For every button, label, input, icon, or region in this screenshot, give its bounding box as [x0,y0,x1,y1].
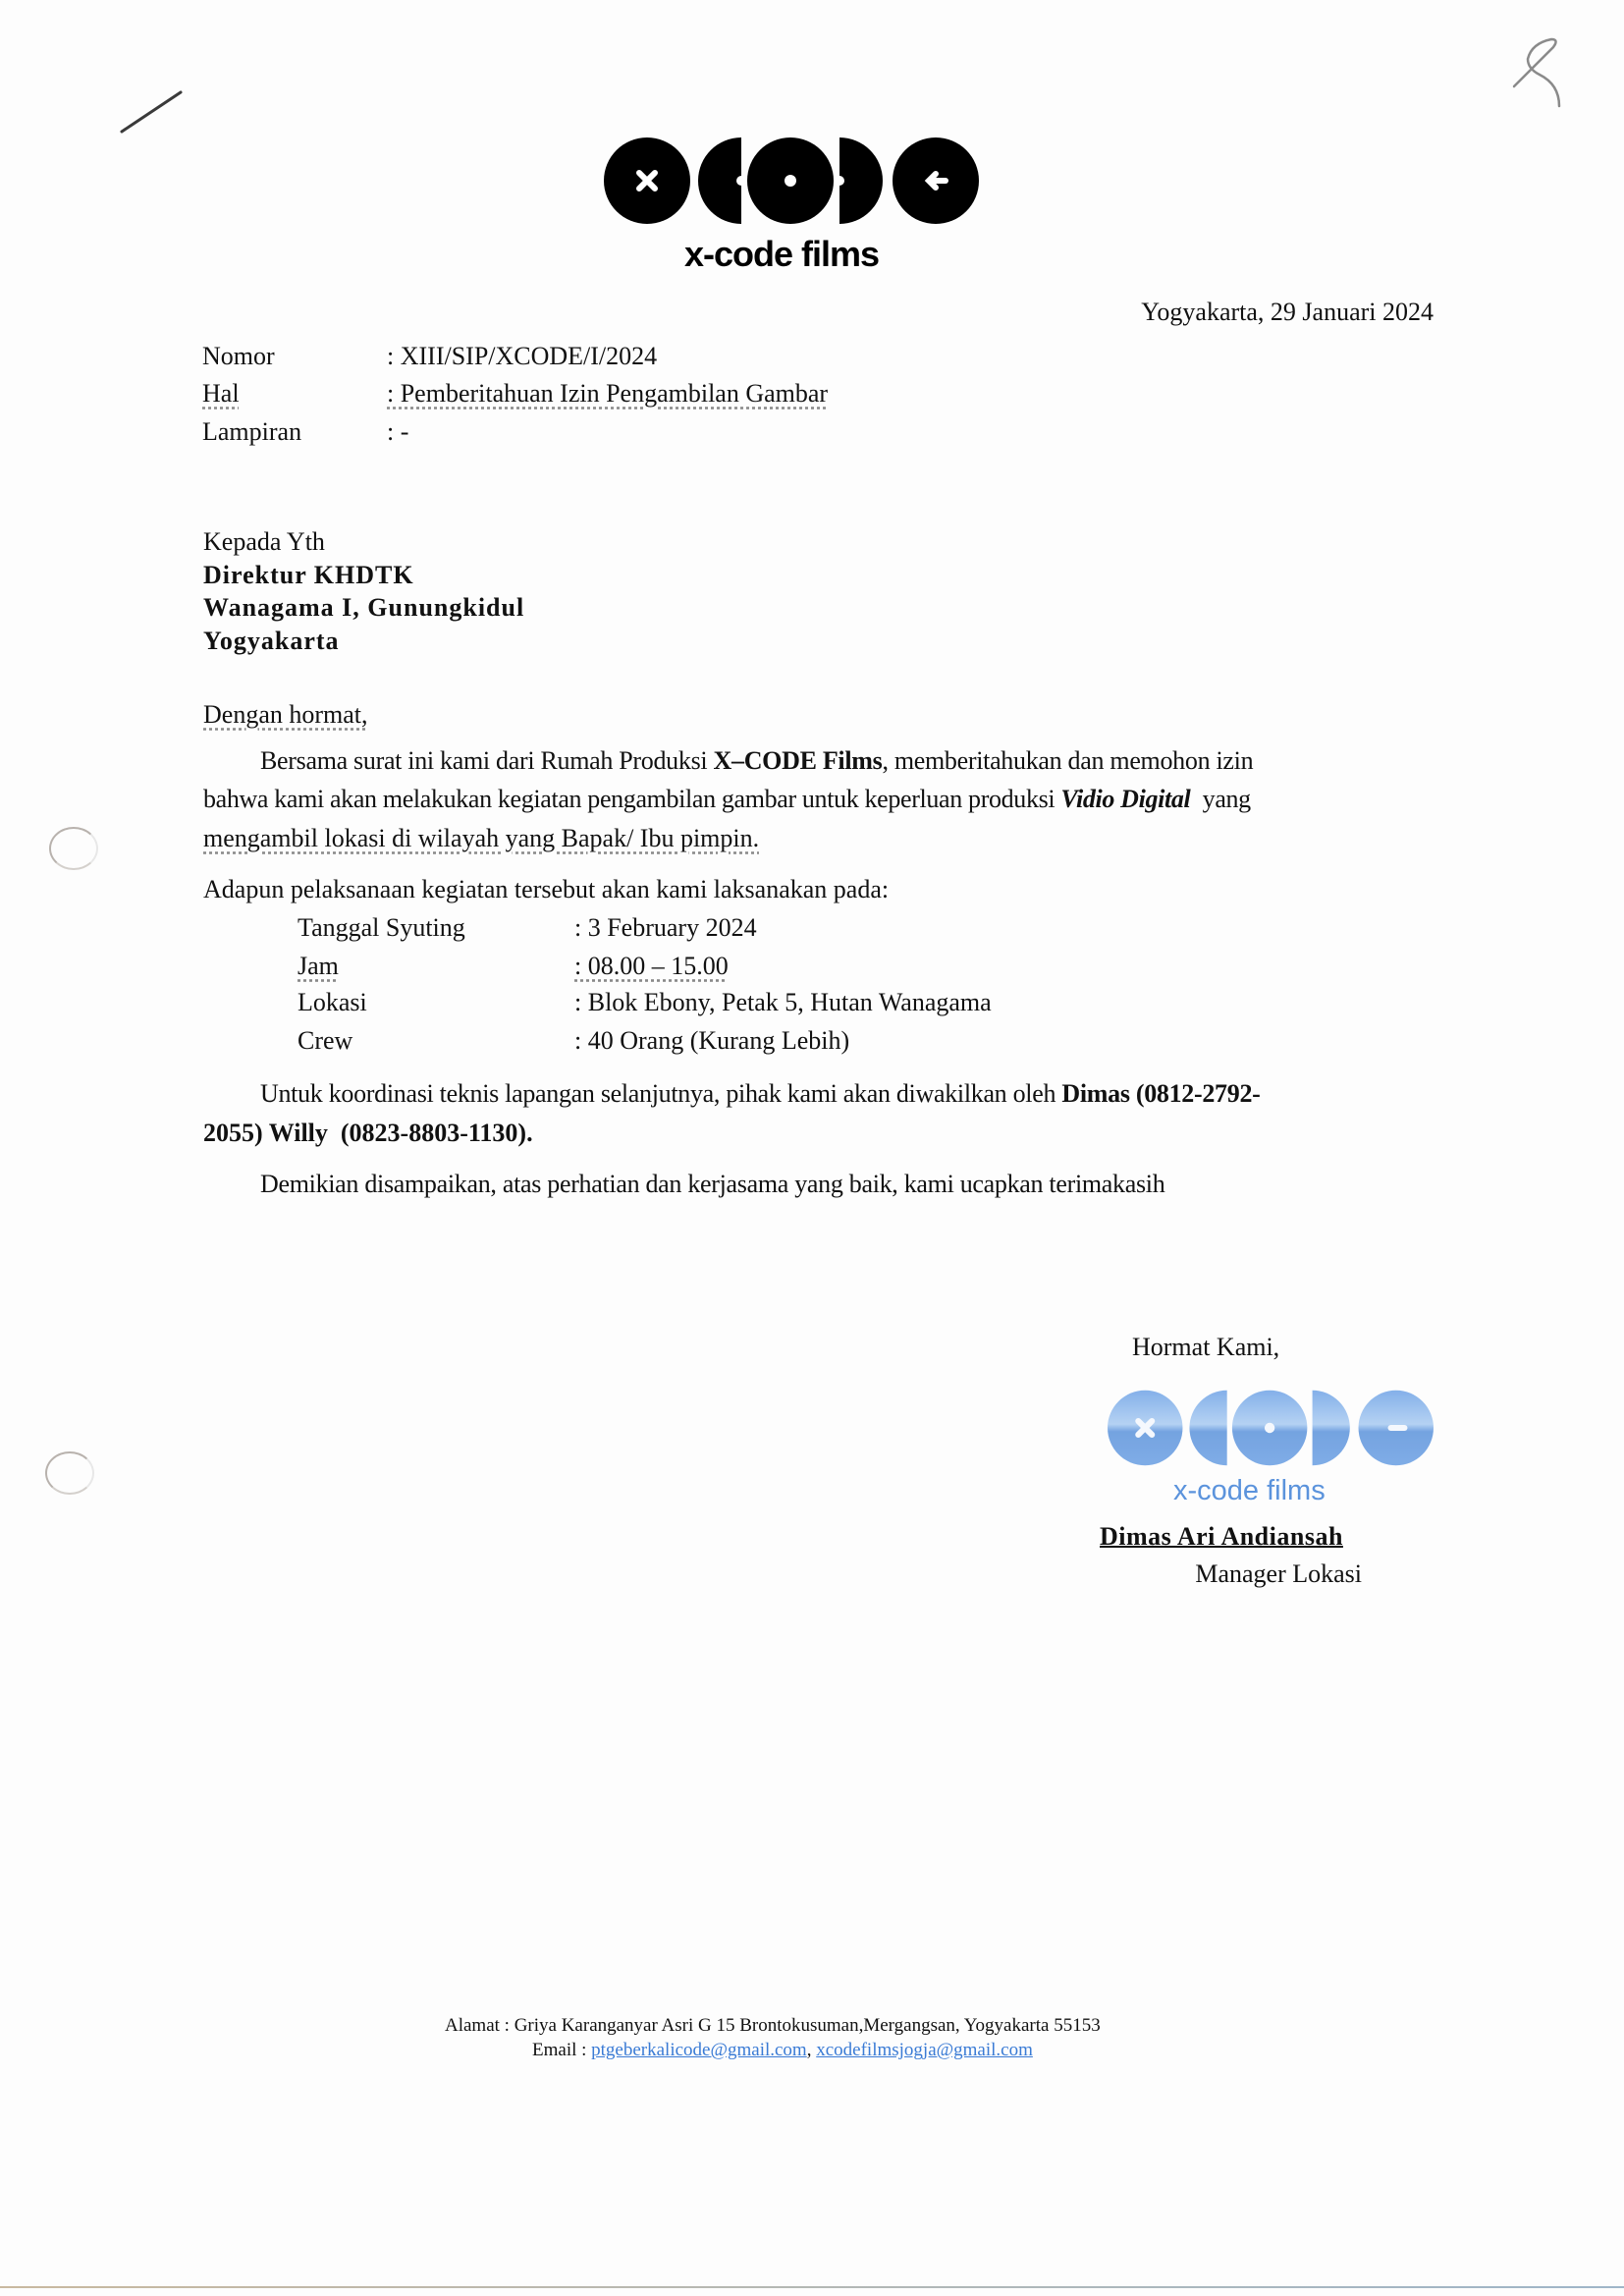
schedule-value: : 40 Orang (Kurang Lebih) [574,1026,849,1056]
field-value-nomor: : XIII/SIP/XCODE/I/2024 [387,342,657,371]
recipient-line-1: Direktur KHDTK [203,561,414,590]
recipient-line-3: Yogyakarta [203,627,340,656]
field-label-hal: Hal [202,379,240,409]
signature-closing: Hormat Kami, [1132,1333,1279,1362]
greeting: Dengan hormat, [203,700,368,730]
schedule-label: Crew [298,1026,352,1056]
footer-separator: , [807,2040,817,2060]
company-bold: X–CODE Films [714,746,883,775]
para1-text: Bersama surat ini kami dari Rumah Produk… [260,746,714,775]
recipient-salutation: Kepada Yth [203,527,325,557]
field-label-nomor: Nomor [202,342,275,371]
pen-slash-mark [116,86,187,137]
footer-email-label: Email : [532,2040,591,2060]
schedule-label: Tanggal Syuting [298,913,465,943]
schedule-label: Lokasi [298,988,367,1017]
schedule-value: : 08.00 – 15.00 [574,952,729,981]
contact-willy: 2055) Willy (0823-8803-1130). [203,1119,533,1148]
footer-address: Alamat : Griya Karanganyar Asri G 15 Bro… [445,2015,1101,2037]
para1-text: mengambil lokasi di wilayah yang Bapak/ … [203,824,759,853]
signatory-title: Manager Lokasi [1195,1559,1362,1589]
para1-text: bahwa kami akan melakukan kegiatan penga… [203,785,1060,813]
production-type: Vidio Digital [1060,785,1190,813]
schedule-value: : 3 February 2024 [574,913,757,943]
para2-text: Untuk koordinasi teknis lapangan selanju… [260,1079,1061,1108]
date-line: Yogyakarta, 29 Januari 2024 [1141,298,1434,327]
para1-text: , memberitahukan dan memohon izin [882,746,1253,775]
recipient-line-2: Wanagama I, Gunungkidul [203,593,524,623]
punch-hole [49,827,98,870]
email-link-1[interactable]: ptgeberkalicode@gmail.com [591,2040,807,2060]
company-stamp-icon [1108,1389,1434,1467]
contact-dimas: Dimas (0812-2792- [1061,1079,1260,1108]
signatory-name: Dimas Ari Andiansah [1100,1522,1343,1552]
punch-hole [45,1451,94,1495]
email-link-2[interactable]: xcodefilmsjogja@gmail.com [816,2040,1033,2060]
schedule-value: : Blok Ebony, Petak 5, Hutan Wanagama [574,988,992,1017]
scan-edge-line [0,2286,1624,2288]
closing-paragraph: Demikian disampaikan, atas perhatian dan… [260,1170,1164,1199]
field-value-hal: : Pemberitahuan Izin Pengambilan Gambar [387,379,828,409]
schedule-intro: Adapun pelaksanaan kegiatan tersebut aka… [203,875,889,904]
xcode-logo-icon [604,136,979,226]
field-label-lampiran: Lampiran [202,417,301,447]
field-value-lampiran: : - [387,417,408,447]
schedule-label: Jam [298,952,339,981]
para1-text: yang [1190,785,1250,813]
handwritten-mark-icon [1502,29,1581,128]
company-name: x-code films [684,234,879,275]
stamp-company-name: x-code films [1173,1475,1326,1507]
